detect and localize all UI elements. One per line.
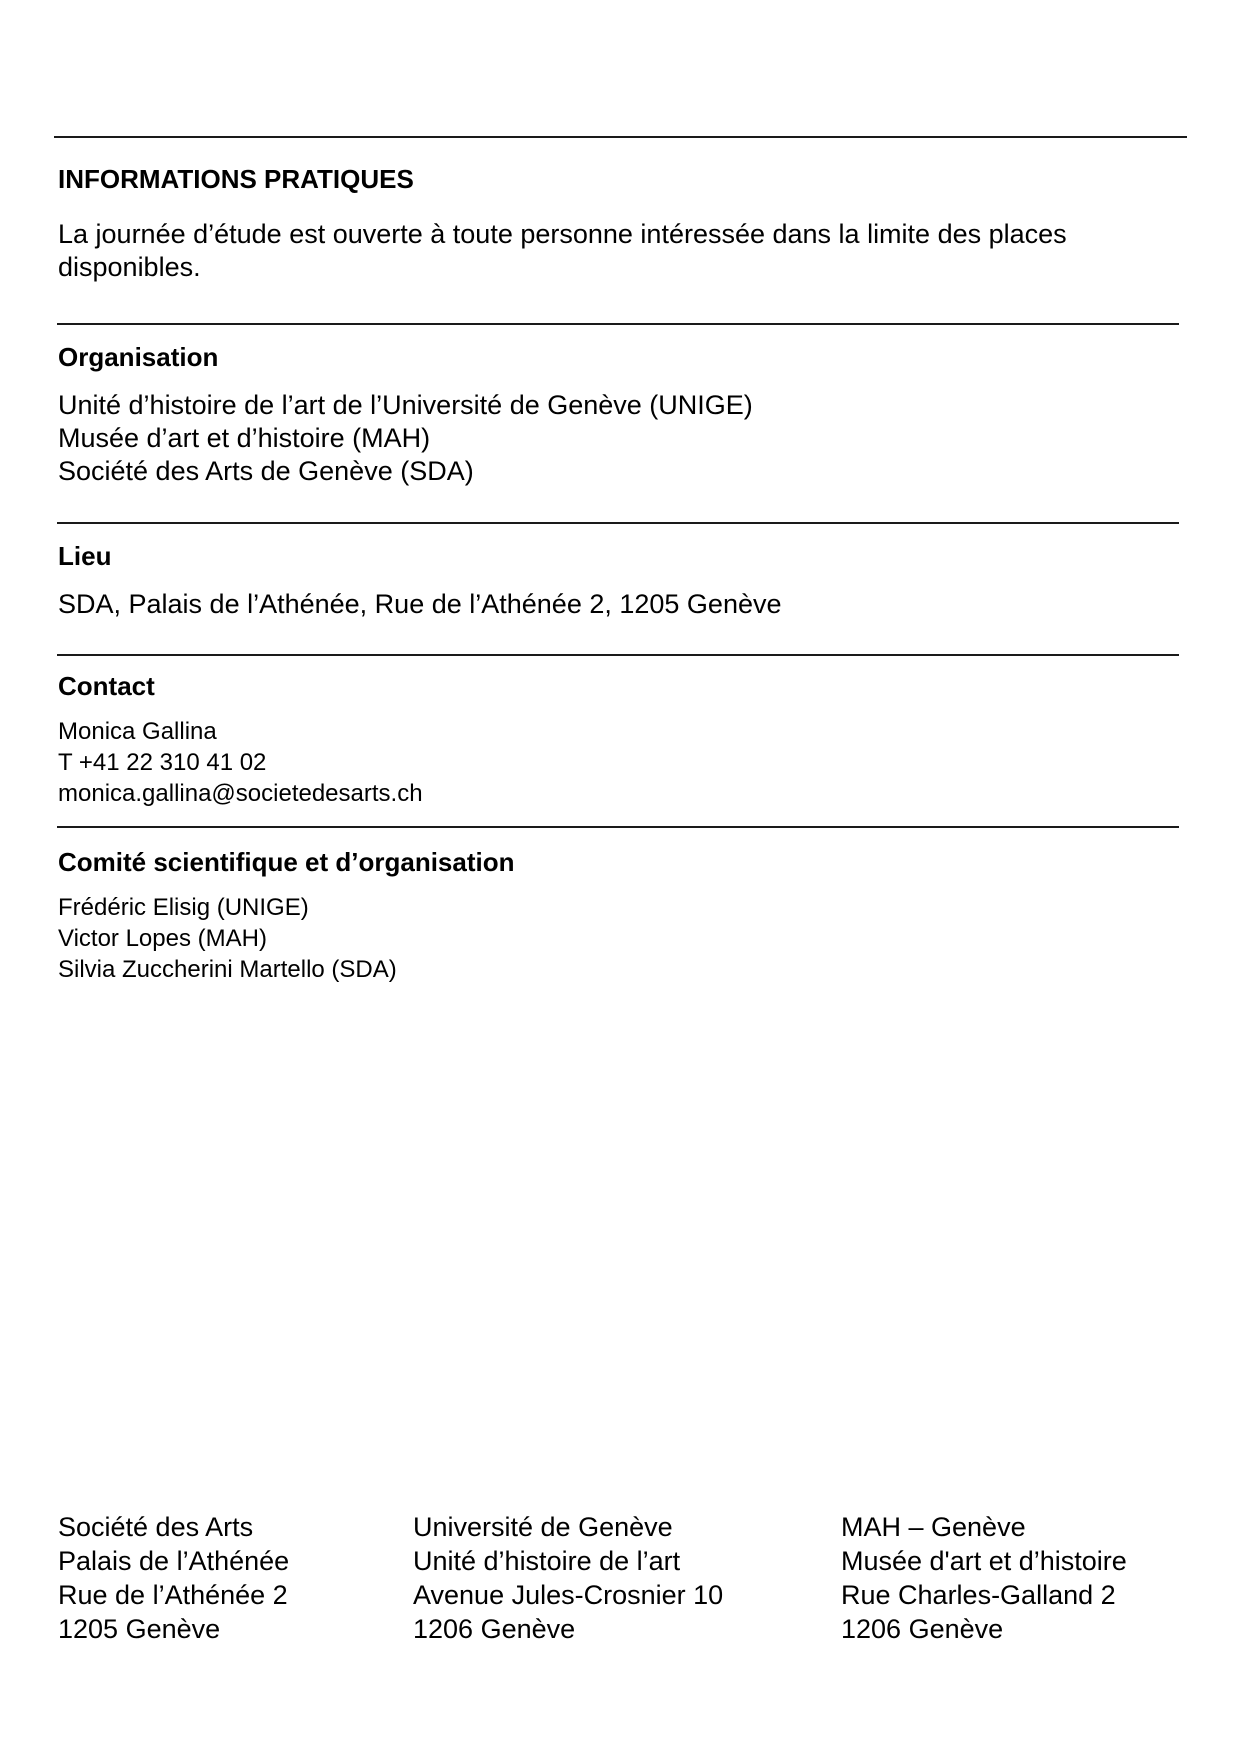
section-comite: Comité scientifique et d’organisation Fr…: [58, 846, 1188, 985]
divider-top: [54, 136, 1187, 138]
section-informations-pratiques: INFORMATIONS PRATIQUES La journée d’étud…: [58, 163, 1188, 284]
organisation-item: Société des Arts de Genève (SDA): [58, 455, 1188, 488]
address-line: Rue de l’Athénée 2: [58, 1578, 289, 1612]
divider: [57, 826, 1179, 828]
footer-address-sda: Société des Arts Palais de l’Athénée Rue…: [58, 1510, 289, 1646]
section-heading: Comité scientifique et d’organisation: [58, 846, 1188, 878]
address-line: Palais de l’Athénée: [58, 1544, 289, 1578]
divider: [57, 522, 1179, 524]
comite-member: Silvia Zuccherini Martello (SDA): [58, 954, 1188, 985]
section-organisation: Organisation Unité d’histoire de l’art d…: [58, 341, 1188, 488]
section-heading: Contact: [58, 670, 1188, 702]
address-line: Musée d'art et d’histoire: [841, 1544, 1127, 1578]
address-line: MAH – Genève: [841, 1510, 1127, 1544]
address-line: Université de Genève: [413, 1510, 723, 1544]
address-line: Société des Arts: [58, 1510, 289, 1544]
comite-member: Victor Lopes (MAH): [58, 923, 1188, 954]
footer-address-unige: Université de Genève Unité d’histoire de…: [413, 1510, 723, 1646]
contact-name: Monica Gallina: [58, 716, 1188, 747]
contact-email[interactable]: monica.gallina@societedesarts.ch: [58, 778, 1188, 809]
contact-phone: T +41 22 310 41 02: [58, 747, 1188, 778]
divider: [57, 654, 1179, 656]
address-line: Avenue Jules-Crosnier 10: [413, 1578, 723, 1612]
comite-member: Frédéric Elisig (UNIGE): [58, 892, 1188, 923]
address-line: Unité d’histoire de l’art: [413, 1544, 723, 1578]
footer-address-mah: MAH – Genève Musée d'art et d’histoire R…: [841, 1510, 1127, 1646]
organisation-list: Unité d’histoire de l’art de l’Universit…: [58, 389, 1188, 488]
section-heading: Lieu: [58, 540, 1188, 572]
footer-addresses: Société des Arts Palais de l’Athénée Rue…: [0, 1510, 1240, 1650]
divider: [57, 323, 1179, 325]
section-heading: INFORMATIONS PRATIQUES: [58, 163, 1188, 195]
address-line: 1205 Genève: [58, 1612, 289, 1646]
section-contact: Contact Monica Gallina T +41 22 310 41 0…: [58, 670, 1188, 809]
lieu-address: SDA, Palais de l’Athénée, Rue de l’Athén…: [58, 588, 1188, 621]
info-text: La journée d’étude est ouverte à toute p…: [58, 218, 1178, 284]
address-line: 1206 Genève: [841, 1612, 1127, 1646]
address-line: Rue Charles-Galland 2: [841, 1578, 1127, 1612]
address-line: 1206 Genève: [413, 1612, 723, 1646]
section-lieu: Lieu SDA, Palais de l’Athénée, Rue de l’…: [58, 540, 1188, 621]
comite-list: Frédéric Elisig (UNIGE) Victor Lopes (MA…: [58, 892, 1188, 985]
organisation-item: Musée d’art et d’histoire (MAH): [58, 422, 1188, 455]
contact-details: Monica Gallina T +41 22 310 41 02 monica…: [58, 716, 1188, 809]
section-heading: Organisation: [58, 341, 1188, 373]
organisation-item: Unité d’histoire de l’art de l’Universit…: [58, 389, 1188, 422]
